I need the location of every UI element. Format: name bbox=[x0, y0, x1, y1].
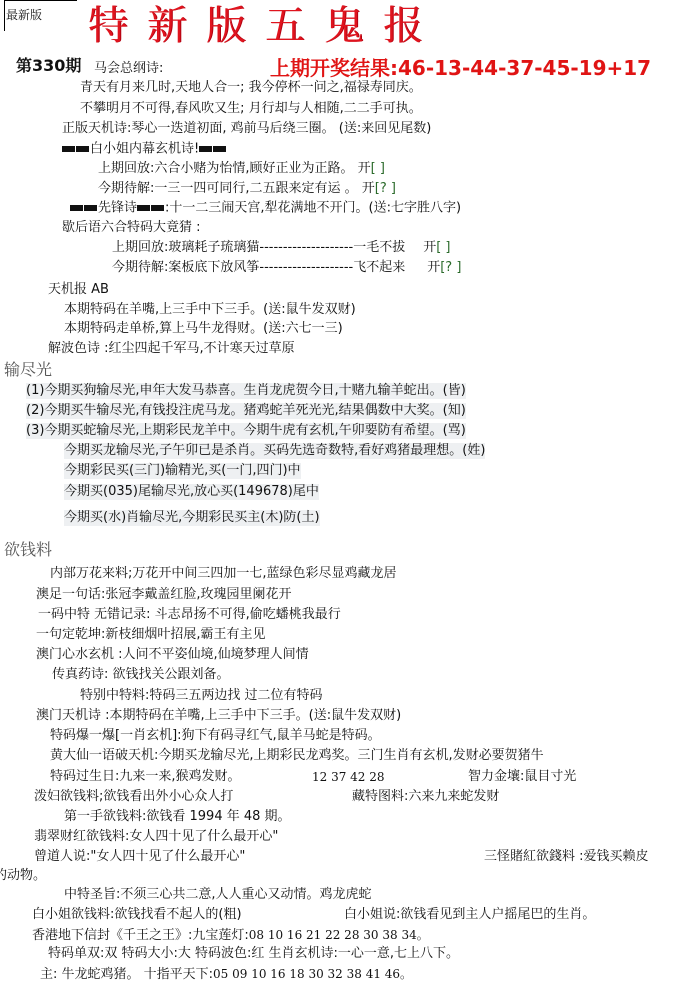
open-label: 开 bbox=[427, 260, 440, 275]
issue-number: 第330期 bbox=[16, 53, 81, 76]
guoshengri-numbers: 12 37 42 28 bbox=[312, 770, 385, 784]
diyishou-line: 第一手欲钱料:欲钱看 1994 年 48 期。 bbox=[64, 809, 291, 825]
zhu-line: 主: 牛龙蛇鸡猪。 十指平天下:05 09 10 16 18 30 32 38 … bbox=[40, 966, 412, 983]
feicui-line: 翡翠财红欲钱料:女人四十见了什么最开心" bbox=[34, 829, 278, 845]
list-item: 今期买龙输尽光,子午卯已是杀肖。买码先选奇数特,看好鸡猪最理想。(姓) bbox=[64, 443, 485, 459]
yuqian-line: 澳门心水玄机 :人问不平姿仙境,仙境梦理人间情 bbox=[36, 647, 309, 663]
open-bracket: [? ] bbox=[440, 260, 461, 275]
yuqian-line: 传真药诗: 欲钱找关公跟刘备。 bbox=[52, 667, 230, 683]
list-item: 今期彩民买(三门)输精光,买(一门,四门)中 bbox=[64, 463, 301, 479]
tianjibao-title: 天机报 AB bbox=[48, 282, 109, 298]
yuqian-line: 特别中特料:特码三五两边找 过二位有特码 bbox=[80, 688, 323, 704]
zhu-label: 主: 牛龙蛇鸡猪。 十指平天下: bbox=[40, 967, 213, 982]
page-title: 特新版五鬼报 bbox=[88, 2, 442, 50]
baixiaojie-title-text: 白小姐内幕玄机诗! bbox=[90, 142, 199, 157]
yuqian-line: 澳足一句话:张冠李戴盖红脸,玫瑰园里阑花开 bbox=[36, 587, 292, 603]
bar-decoration-icon bbox=[199, 141, 227, 157]
xianfeng-text: :十一二三闹天宫,犁花满地不开门。(送:七字胜八字) bbox=[165, 201, 461, 216]
bar-decoration-icon bbox=[137, 200, 165, 216]
open-label: 开 bbox=[423, 240, 436, 255]
result-numbers: 46-13-44-37-45-19+17 bbox=[398, 56, 651, 80]
jiebose-poem: 解波色诗 :红尘四起千军马,不计寒天过草原 bbox=[48, 341, 295, 357]
zhengban-poem: 正版天机诗:琴心一迭道初面, 鸡前马后绕三圈。 (送:来回见尾数) bbox=[62, 121, 431, 137]
yuqian-line: 黄大仙一语破天机:今期买龙输尽光,上期彩民龙鸡奖。三门生肖有玄机,发财必要贺猪牛 bbox=[50, 748, 544, 764]
zhili-jinrang: 智力金壤:鼠目寸光 bbox=[468, 769, 576, 785]
yuqian-line: 特码爆一爆[一肖玄机]:狗下有码寻红气,鼠羊马蛇是特码。 bbox=[50, 728, 381, 744]
xiehouyu-last-text: 上期回放:玻璃耗子琉璃猫--------------------一毛不拔 bbox=[112, 240, 405, 255]
section-title-shujinguang: 输尽光 bbox=[4, 360, 52, 380]
xianggang-numbers: 08 10 16 21 22 28 30 38 34。 bbox=[249, 928, 429, 942]
last-result: 上期开奖结果:46-13-44-37-45-19+17 bbox=[270, 52, 651, 81]
xiehouyu-last: 上期回放:玻璃耗子琉璃猫--------------------一毛不拔开[ ] bbox=[112, 240, 451, 256]
xianggang-line: 香港地下信封《千王之王》:九宝莲灯:08 10 16 21 22 28 30 3… bbox=[32, 927, 429, 944]
baixj-shuo-line: 白小姐说:欲钱看见到主人户摇尾巴的生肖。 bbox=[344, 907, 595, 923]
xiehouyu-title: 歇后语六合特码大竟猜 : bbox=[62, 220, 201, 236]
list-item: 今期买(035)尾输尽光,放心买(149678)尾中 bbox=[64, 484, 319, 500]
xiehouyu-current: 今期待解:案板底下放风筝--------------------飞不起来开[? … bbox=[112, 260, 461, 276]
yuqian-line: 一句定乾坤:新枝细烟叶招展,霸王有主见 bbox=[36, 627, 266, 643]
yuqian-line: 内部万花来料;万花开中间三四加一七,蓝绿色彩尽显鸡藏龙居 bbox=[50, 566, 397, 582]
section-title-yuqianliao: 欲钱料 bbox=[4, 540, 52, 560]
xianfeng-title: 先锋诗 bbox=[98, 201, 137, 216]
bar-decoration-icon bbox=[70, 200, 98, 216]
edition-label: 最新版 bbox=[6, 6, 42, 23]
open-bracket: [ ] bbox=[436, 240, 450, 255]
tianjibao-line-1: 本期特码在羊嘴,上三手中下三手。(送:鼠牛发双财) bbox=[64, 302, 356, 318]
baixiaojie-last: 上期回放:六合小赌为怡情,顾好正业为正路。 开[ ] bbox=[98, 161, 385, 177]
guoshengri: 特码过生日:九来一来,猴鸡发财。 bbox=[50, 769, 241, 785]
zhongte-line: 中特圣旨:不须三心共二意,人人重心又动情。鸡龙虎蛇 bbox=[64, 887, 372, 903]
zengdaoren-line: 曾道人说:"女人四十见了什么最开心" bbox=[34, 849, 245, 865]
bar-decoration-icon bbox=[62, 141, 90, 157]
pofu-line: 泼妇欲钱料;欲钱看出外小心众人打 bbox=[34, 789, 233, 805]
poem-line-1: 青天有月来几时,天地人合一; 我今停杯一问之,福禄寿同庆。 bbox=[80, 80, 422, 96]
baixj-yuqian-line: 白小姐欲钱料:欲钱找看不起人的(粗) bbox=[32, 907, 242, 923]
open-bracket: [ ] bbox=[371, 161, 385, 176]
tianjibao-line-2: 本期特码走单桥,算上马牛龙得财。(送:六七一三) bbox=[64, 321, 343, 337]
tema-line: 特码单双:双 特码大小:大 特码波色:红 生肖玄机诗:一心一意,七上八下。 bbox=[48, 946, 459, 962]
xianfeng-poem: 先锋诗:十一二三闹天宫,犁花满地不开门。(送:七字胜八字) bbox=[70, 200, 461, 217]
zhu-numbers: 05 09 10 16 18 30 32 38 41 46。 bbox=[213, 967, 412, 981]
list-item: (1)今期买狗输尽光,申年大发马恭喜。生肖龙虎贺今日,十赌九输羊蛇出。(皆) bbox=[26, 383, 466, 399]
open-bracket: [? ] bbox=[375, 181, 396, 196]
list-item: (2)今期买牛输尽光,有钱投注虎马龙。猪鸡蛇羊死光光,结果偶数中大奖。(知) bbox=[26, 403, 466, 419]
list-item: 今期买(水)肖输尽光,今期彩民买主(木)防(土) bbox=[64, 510, 320, 526]
list-item: (3)今期买蛇输尽光,上期彩民龙羊中。今期牛虎有玄机,午卯要防有希望。(骂) bbox=[26, 423, 466, 439]
poem-heading: 马会总纲诗: bbox=[94, 57, 163, 76]
result-label: 上期开奖结果: bbox=[270, 56, 398, 80]
baixiaojie-current: 今期待解:一三一四可同行,二五跟来定有运 。 开[? ] bbox=[98, 181, 396, 197]
baixiaojie-last-text: 上期回放:六合小赌为怡情,顾好正业为正路。 开 bbox=[98, 161, 371, 176]
baixiaojie-title: 白小姐内幕玄机诗! bbox=[62, 141, 227, 158]
poem-line-2: 不攀明月不可得,春风吹又生; 月行却与人相随,二二手可执。 bbox=[80, 101, 422, 117]
dongwu-line: 的动物。 bbox=[0, 868, 46, 884]
xianggang-label: 香港地下信封《千王之王》:九宝莲灯: bbox=[32, 928, 249, 943]
yuqian-line: 澳门天机诗 :本期特码在羊嘴,上三手中下三手。(送:鼠牛发双财) bbox=[36, 708, 401, 724]
baixiaojie-current-text: 今期待解:一三一四可同行,二五跟来定有运 。 开 bbox=[98, 181, 375, 196]
yuqian-line: 一码中特 无错记录: 斗志昂扬不可得,偷吃蟠桃我最行 bbox=[38, 607, 341, 623]
cangte-line: 藏特图料:六来九来蛇发财 bbox=[352, 789, 499, 805]
sanguai-line: 三怪賭紅欲錢料 :爱钱买赖皮 bbox=[484, 849, 649, 865]
xiehouyu-current-text: 今期待解:案板底下放风筝--------------------飞不起来 bbox=[112, 260, 405, 275]
